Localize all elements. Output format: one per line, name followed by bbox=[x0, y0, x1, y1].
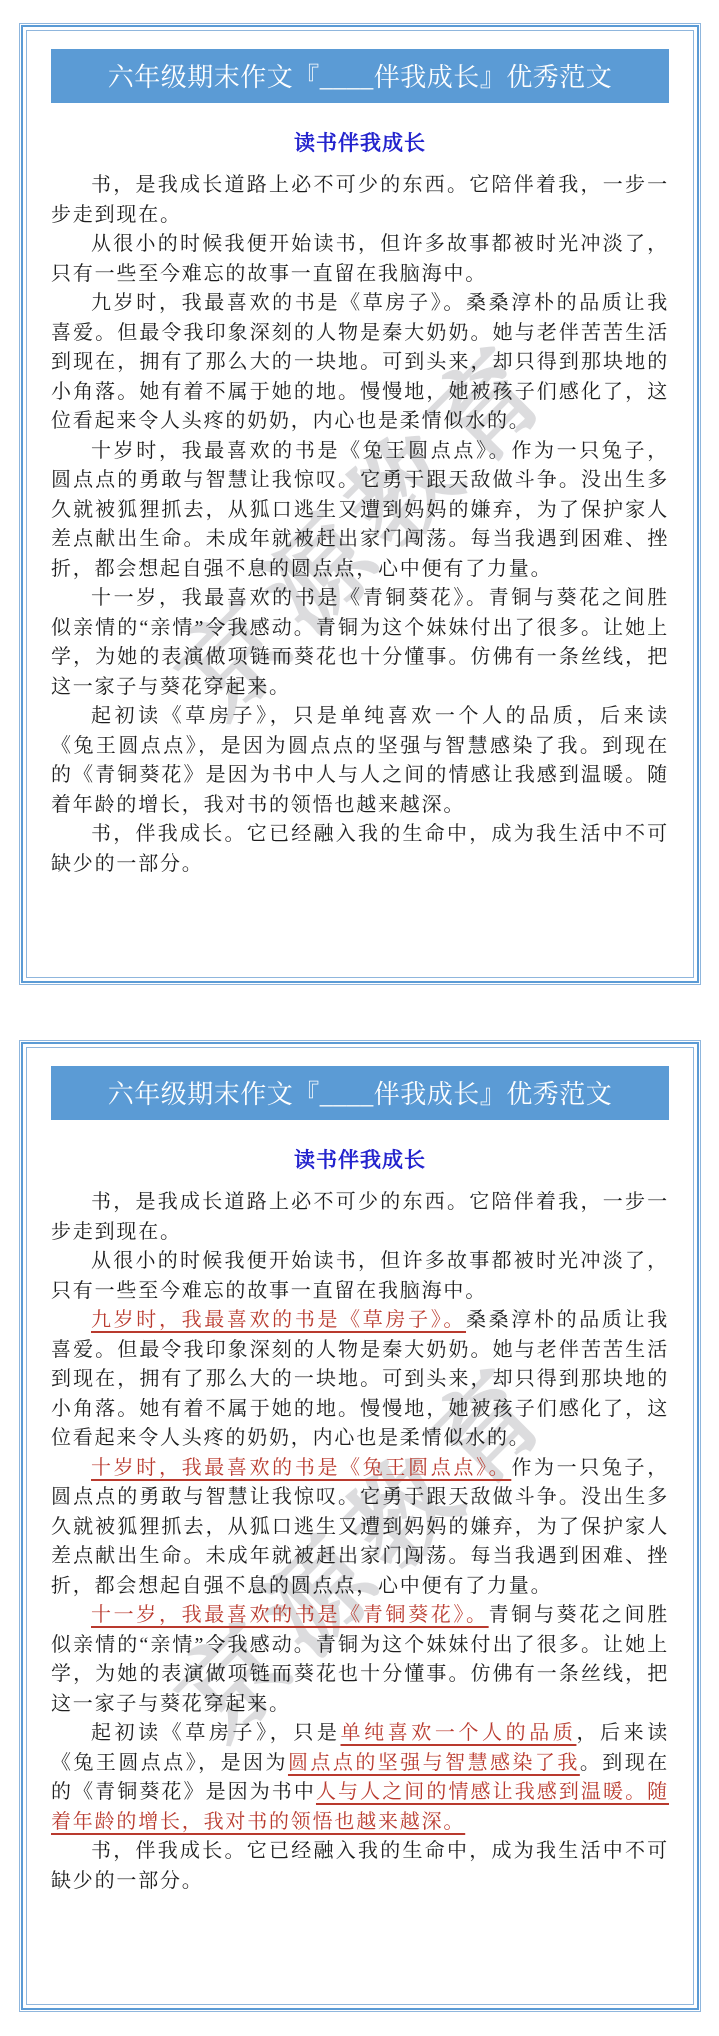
sentence: 单纯喜欢一个人的品质 bbox=[341, 705, 577, 727]
essay-title: 读书伴我成长 bbox=[51, 127, 669, 157]
page-banner: 六年级期末作文『____伴我成长』优秀范文 bbox=[51, 49, 669, 103]
essay-paragraph: 十岁时，我最喜欢的书是《兔王圆点点》。作为一只兔子，圆点点的勇敢与智慧让我惊叹。… bbox=[51, 437, 669, 585]
essay-body-annotated: 书，是我成长道路上必不可少的东西。它陪伴着我，一步一步走到现在。从很小的时候我便… bbox=[51, 1188, 669, 1896]
highlighted-sentence: 单纯喜欢一个人的品质 bbox=[341, 1722, 577, 1744]
essay-paragraph: 十岁时，我最喜欢的书是《兔王圆点点》。作为一只兔子，圆点点的勇敢与智慧让我惊叹。… bbox=[51, 1454, 669, 1602]
essay-title: 读书伴我成长 bbox=[51, 1144, 669, 1174]
sentence: 圆点点的坚强与智慧感染了我 bbox=[288, 735, 580, 757]
essay-paragraph: 九岁时，我最喜欢的书是《草房子》。桑桑淳朴的品质让我喜爱。但最令我印象深刻的人物… bbox=[51, 289, 669, 437]
essay-paragraph: 书，伴我成长。它已经融入我的生命中，成为我生活中不可缺少的一部分。 bbox=[51, 820, 669, 879]
essay-paragraph: 十一岁，我最喜欢的书是《青铜葵花》。青铜与葵花之间胜似亲情的“亲情”令我感动。青… bbox=[51, 1601, 669, 1719]
essay-paragraph: 十一岁，我最喜欢的书是《青铜葵花》。青铜与葵花之间胜似亲情的“亲情”令我感动。青… bbox=[51, 584, 669, 702]
sentence: 九岁时，我最喜欢的书是《草房子》。 bbox=[91, 292, 466, 314]
page-2-frame: 六年级期末作文『____伴我成长』优秀范文 读书伴我成长 书，是我成长道路上必不… bbox=[21, 1042, 699, 2010]
highlighted-sentence: 圆点点的坚强与智慧感染了我 bbox=[288, 1752, 580, 1774]
essay-paragraph: 起初读《草房子》，只是单纯喜欢一个人的品质，后来读《兔王圆点点》，是因为圆点点的… bbox=[51, 1719, 669, 1837]
highlighted-sentence: 十岁时，我最喜欢的书是《兔王圆点点》。 bbox=[91, 1457, 511, 1479]
page-1-content: 六年级期末作文『____伴我成长』优秀范文 读书伴我成长 书，是我成长道路上必不… bbox=[26, 30, 694, 978]
sentence: 十岁时，我最喜欢的书是《兔王圆点点》。 bbox=[91, 440, 511, 462]
essay-paragraph: 书，是我成长道路上必不可少的东西。它陪伴着我，一步一步走到现在。 bbox=[51, 1188, 669, 1247]
sentence: 起初读《草房子》，只是 bbox=[91, 705, 341, 727]
sentence: 起初读《草房子》，只是 bbox=[91, 1722, 341, 1744]
essay-paragraph: 九岁时，我最喜欢的书是《草房子》。桑桑淳朴的品质让我喜爱。但最令我印象深刻的人物… bbox=[51, 1306, 669, 1454]
page-banner: 六年级期末作文『____伴我成长』优秀范文 bbox=[51, 1066, 669, 1120]
essay-paragraph: 书，是我成长道路上必不可少的东西。它陪伴着我，一步一步走到现在。 bbox=[51, 171, 669, 230]
sentence: 从很小的时候我便开始读书，但许多故事都被时光冲淡了，只有一些至今难忘的故事一直留… bbox=[51, 1250, 669, 1302]
highlighted-sentence: 十一岁，我最喜欢的书是《青铜葵花》。 bbox=[91, 1604, 489, 1626]
page-2-content: 六年级期末作文『____伴我成长』优秀范文 读书伴我成长 书，是我成长道路上必不… bbox=[26, 1047, 694, 2005]
essay-paragraph: 从很小的时候我便开始读书，但许多故事都被时光冲淡了，只有一些至今难忘的故事一直留… bbox=[51, 230, 669, 289]
page-1: 六年级期末作文『____伴我成长』优秀范文 读书伴我成长 书，是我成长道路上必不… bbox=[19, 23, 701, 985]
essay-paragraph: 书，伴我成长。它已经融入我的生命中，成为我生活中不可缺少的一部分。 bbox=[51, 1837, 669, 1896]
sentence: 书，是我成长道路上必不可少的东西。它陪伴着我，一步一步走到现在。 bbox=[51, 1191, 669, 1243]
highlighted-sentence: 九岁时，我最喜欢的书是《草房子》。 bbox=[91, 1309, 466, 1331]
sentence: 书，伴我成长。它已经融入我的生命中，成为我生活中不可缺少的一部分。 bbox=[51, 1840, 669, 1892]
page-1-frame: 六年级期末作文『____伴我成长』优秀范文 读书伴我成长 书，是我成长道路上必不… bbox=[21, 25, 699, 983]
sentence: 十一岁，我最喜欢的书是《青铜葵花》。 bbox=[91, 587, 489, 609]
sentence: 书，是我成长道路上必不可少的东西。它陪伴着我，一步一步走到现在。 bbox=[51, 174, 669, 226]
essay-body-plain: 书，是我成长道路上必不可少的东西。它陪伴着我，一步一步走到现在。从很小的时候我便… bbox=[51, 171, 669, 879]
document-canvas: 六年级期末作文『____伴我成长』优秀范文 读书伴我成长 书，是我成长道路上必不… bbox=[0, 0, 719, 2036]
sentence: 从很小的时候我便开始读书，但许多故事都被时光冲淡了，只有一些至今难忘的故事一直留… bbox=[51, 233, 669, 285]
essay-paragraph: 从很小的时候我便开始读书，但许多故事都被时光冲淡了，只有一些至今难忘的故事一直留… bbox=[51, 1247, 669, 1306]
sentence: 书，伴我成长。它已经融入我的生命中，成为我生活中不可缺少的一部分。 bbox=[51, 823, 669, 875]
essay-paragraph: 起初读《草房子》，只是单纯喜欢一个人的品质，后来读《兔王圆点点》，是因为圆点点的… bbox=[51, 702, 669, 820]
page-2: 六年级期末作文『____伴我成长』优秀范文 读书伴我成长 书，是我成长道路上必不… bbox=[19, 1040, 701, 2012]
